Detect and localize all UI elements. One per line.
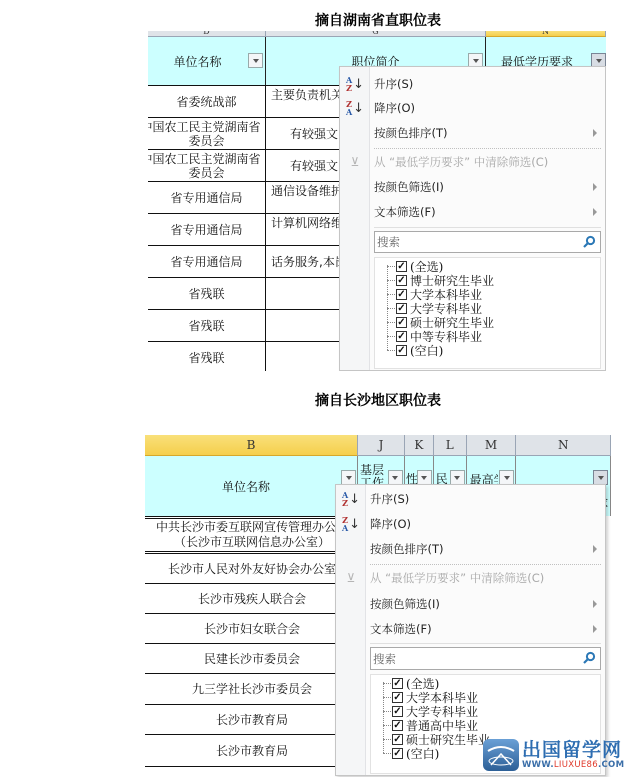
column-header-b[interactable]: B [145,435,358,456]
table-row: 长沙市残疾人联合会 [145,584,359,614]
table-row: 长沙市教育局 [145,735,359,767]
column-header-n[interactable]: N [516,435,611,456]
unit-cell[interactable]: 九三学社长沙市委员会 [145,674,359,704]
watermark-cn: 出国留学网 [522,740,624,760]
clear-filter-icon: ⊻ [344,155,366,169]
checkbox-checked[interactable]: ✓ [392,720,403,731]
unit-cell[interactable]: 省残联 [148,310,266,341]
title-changsha-table: 摘自长沙地区职位表 [0,390,642,410]
unit-cell[interactable]: 民建长沙市委员会 [145,644,359,673]
unit-cell[interactable]: 中共长沙市委互联网宣传管理办公室（长沙市互联网信息办公室） [145,519,359,551]
table-row: 长沙市妇女联合会 [145,614,359,644]
unit-cell[interactable]: 省专用通信局 [148,246,266,277]
menu-item-filter-by-color[interactable]: 按颜色筛选(I) [340,175,605,199]
sort-ascending-icon: AZ↓ [344,76,366,92]
menu-item-sort-descending[interactable]: ZA↓ 降序(O) [336,512,605,536]
header-unit-name-label: 单位名称 [222,478,270,495]
table-row: 中共长沙市委互联网宣传管理办公室（长沙市互联网信息办公室） [145,519,359,554]
column-header-m[interactable]: M [467,435,517,456]
menu-item-sort-ascending[interactable]: AZ↓ 升序(S) [336,487,605,511]
menu-item-sort-descending[interactable]: ZA↓ 降序(O) [340,96,605,120]
submenu-arrow-icon [593,208,597,216]
submenu-arrow-icon [593,129,597,137]
unit-cell[interactable]: 省专用通信局 [148,182,266,213]
menu-item-clear-filter[interactable]: ⊻ 从 “最低学历要求” 中清除筛选(C) [340,150,605,174]
column-header-j[interactable]: J [358,435,405,456]
checkbox-checked[interactable]: ✓ [396,345,407,356]
menu-item-text-filter[interactable]: 文本筛选(F) [336,617,605,641]
unit-cell[interactable]: 中国农工民主党湖南省委员会 [148,150,266,181]
menu-item-sort-by-color[interactable]: 按颜色排序(T) [336,537,605,561]
filter-dropdown-ethnicity[interactable] [450,470,465,485]
menu-item-clear-filter[interactable]: ⊻ 从 “最低学历要求” 中清除筛选(C) [336,566,605,590]
search-icon [582,651,596,665]
unit-cell[interactable]: 长沙市人民对外友好协会办公室 [145,554,359,583]
checkbox-checked[interactable]: ✓ [396,303,407,314]
header-unit-name-label: 单位名称 [173,53,221,70]
unit-cell[interactable]: 省委统战部 [148,86,266,117]
unit-cell[interactable]: 省残联 [148,278,266,309]
table-row: 九三学社长沙市委员会 [145,674,359,705]
unit-cell[interactable]: 长沙市教育局 [145,705,359,734]
unit-cell[interactable]: 长沙市教育局 [145,735,359,766]
watermark-logo: 出国留学网 WWW.LIUXUE86.COM [483,733,642,777]
filter-option[interactable]: ✓(空白) [383,747,439,760]
filter-option[interactable]: ✓(空白) [387,344,443,357]
sort-descending-icon: ZA↓ [344,100,366,116]
menu-item-sort-ascending[interactable]: AZ↓ 升序(S) [340,72,605,96]
column-header-l[interactable]: L [434,435,467,456]
title-provincial-table: 摘自湖南省直职位表 [0,10,642,30]
sort-descending-icon: ZA↓ [340,516,362,532]
submenu-arrow-icon [593,625,597,633]
filter-dropdown-unit-name[interactable] [248,53,263,68]
menu-item-text-filter[interactable]: 文本筛选(F) [340,200,605,224]
checkbox-checked[interactable]: ✓ [392,692,403,703]
checkbox-checked[interactable]: ✓ [396,331,407,342]
unit-cell[interactable]: 长沙市残疾人联合会 [145,584,359,613]
watermark-url: WWW.LIUXUE86.COM [522,760,624,770]
search-placeholder: 搜索 [377,234,400,250]
checkbox-checked[interactable]: ✓ [392,706,403,717]
checkbox-checked[interactable]: ✓ [396,317,407,328]
menu-item-sort-by-color[interactable]: 按颜色排序(T) [340,121,605,145]
unit-cell[interactable]: 省专用通信局 [148,214,266,245]
filter-dropdown-unit-name[interactable] [341,470,356,485]
checkbox-checked[interactable]: ✓ [396,289,407,300]
globe-logo-icon [483,739,519,771]
filter-dropdown-gender[interactable] [417,470,432,485]
column-header-strip: B J K L M N [145,435,611,456]
header-unit-name: 单位名称 [145,456,358,516]
checkbox-checked[interactable]: ✓ [392,734,403,745]
filter-menu: AZ↓ 升序(S) ZA↓ 降序(O) 按颜色排序(T) ⊻ 从 “最低学历要求… [339,66,606,371]
filter-dropdown-min-education[interactable] [593,470,608,485]
checkbox-checked[interactable]: ✓ [396,261,407,272]
table-row: 长沙市教育局 [145,705,359,735]
submenu-arrow-icon [593,545,597,553]
unit-cell[interactable]: 中国农工民主党湖南省委员会 [148,118,266,149]
sheet-provincial: D G N 单位名称 职位简介 最低学历要求 省委统战部 主要负责机关 中国农工… [148,31,606,371]
search-placeholder: 搜索 [373,651,396,667]
search-icon [582,235,596,249]
unit-cell[interactable]: 省残联 [148,342,266,371]
checkbox-checked[interactable]: ✓ [396,275,407,286]
sheet-changsha: B J K L M N 单位名称 基层工作年 性 民 最高学 最低学历要求 [145,435,611,777]
checkbox-checked[interactable]: ✓ [392,678,403,689]
filter-dropdown-grassroots-years[interactable] [388,470,403,485]
filter-dropdown-max-age[interactable] [499,470,514,485]
filter-search-input[interactable]: 搜索 [370,647,601,670]
clear-filter-icon: ⊻ [340,571,362,585]
column-header-k[interactable]: K [405,435,434,456]
menu-item-filter-by-color[interactable]: 按颜色筛选(I) [336,592,605,616]
checkbox-checked[interactable]: ✓ [392,748,403,759]
unit-cell[interactable]: 长沙市妇女联合会 [145,614,359,643]
header-unit-name: 单位名称 [148,37,266,85]
filter-values-list[interactable]: ✓(全选) ✓博士研究生毕业 ✓大学本科毕业 ✓大学专科毕业 ✓硕士研究生毕业 … [374,257,601,369]
submenu-arrow-icon [593,183,597,191]
filter-search-input[interactable]: 搜索 [374,231,601,253]
table-row: 长沙市人民对外友好协会办公室 [145,554,359,584]
submenu-arrow-icon [593,600,597,608]
sort-ascending-icon: AZ↓ [340,491,362,507]
table-row: 民建长沙市委员会 [145,644,359,674]
